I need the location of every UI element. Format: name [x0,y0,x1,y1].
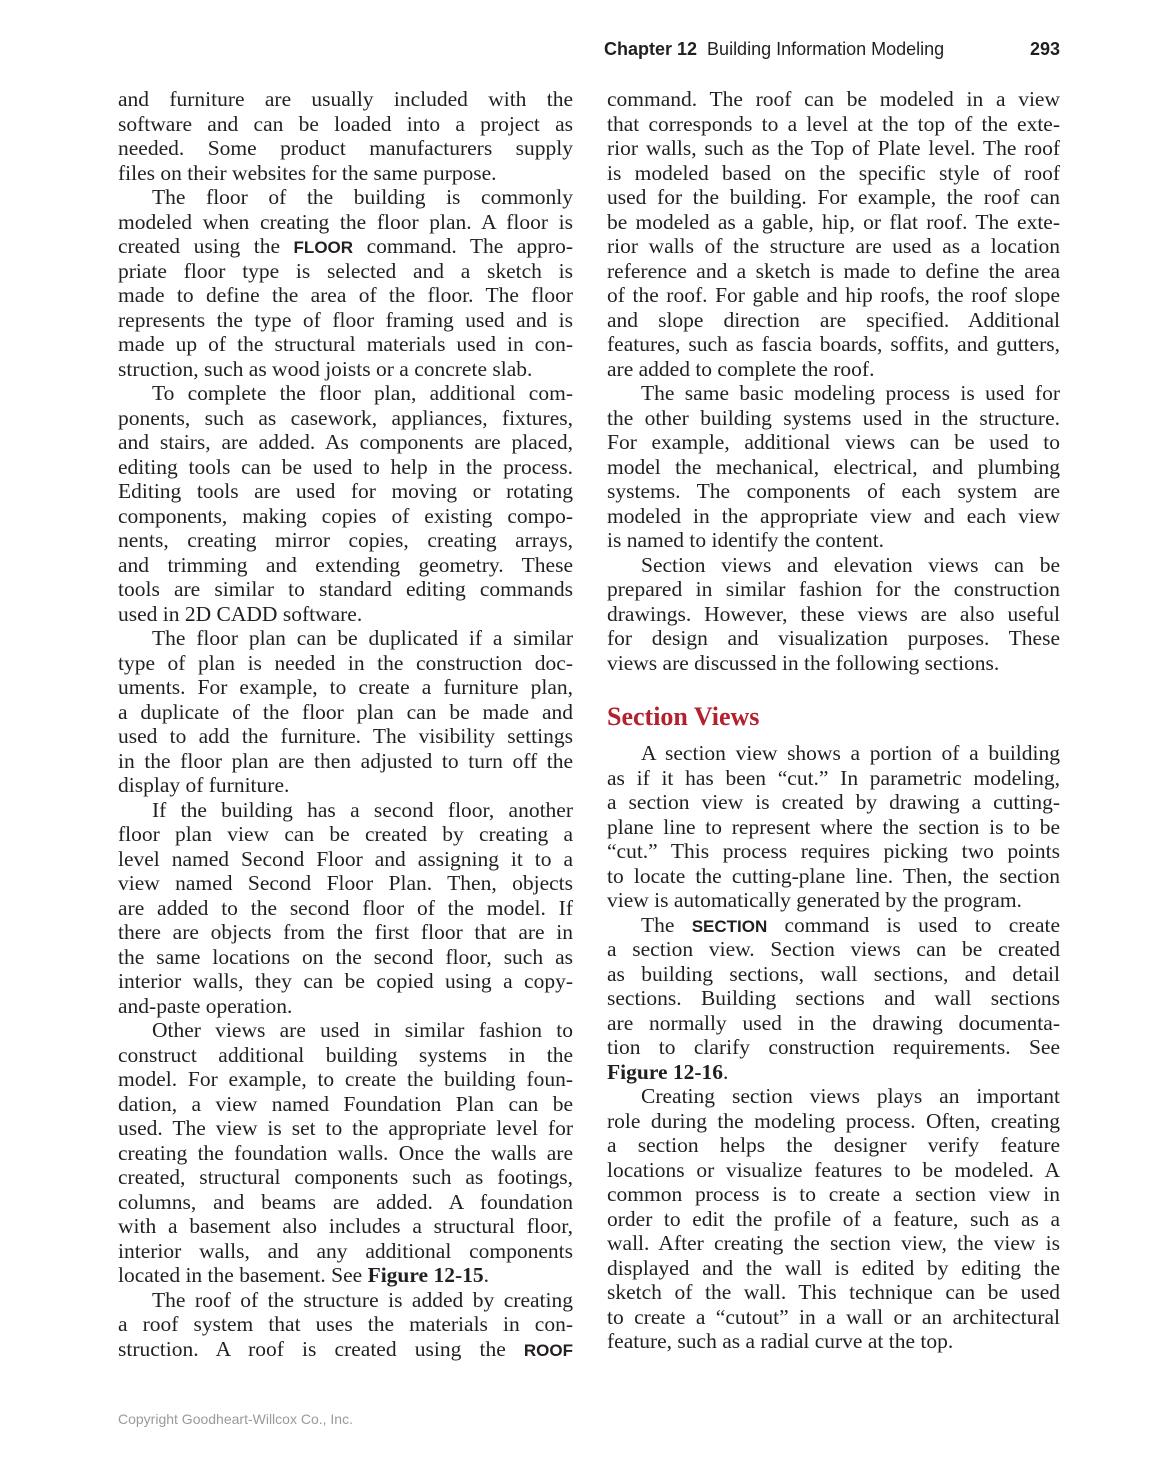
command-name-floor: FLOOR [294,238,354,257]
text-line: role during the modeling process. Often,… [607,1109,1060,1134]
text-line: to create a “cutout” in a wall or an arc… [607,1305,1060,1330]
text-line: tion to clarify construction requirement… [607,1035,1060,1060]
text-line: reference and a sketch is made to define… [607,259,1060,284]
text-line: that corresponds to a level at the top o… [607,112,1060,137]
text-line: created, structural components such as f… [118,1165,573,1190]
text-line: and-paste operation. [118,994,573,1019]
chapter-title: Building Information Modeling [707,39,944,59]
text-line: rior walls of the structure are used as … [607,234,1060,259]
text-line: order to edit the profile of a feature, … [607,1207,1060,1232]
text-line: The floor plan can be duplicated if a si… [118,626,573,651]
text-line: plane line to represent where the sectio… [607,815,1060,840]
text-line: priate floor type is selected and a sket… [118,259,573,284]
text-line: dation, a view named Foundation Plan can… [118,1092,573,1117]
text-line: creating the foundation walls. Once the … [118,1141,573,1166]
text-line: Creating section views plays an importan… [607,1084,1060,1109]
text-line: model. For example, to create the buildi… [118,1067,573,1092]
text-line: floor plan view can be created by creati… [118,822,573,847]
text-line: is named to identify the content. [607,528,1060,553]
text-line: Other views are used in similar fashion … [118,1018,573,1043]
text-line: and slope direction are specified. Addit… [607,308,1060,333]
text-line: The floor of the building is commonly [118,185,573,210]
text-line: the other building systems used in the s… [607,406,1060,431]
text-line: features, such as fascia boards, soffits… [607,332,1060,357]
text-line: type of plan is needed in the constructi… [118,651,573,676]
text-line: columns, and beams are added. A foundati… [118,1190,573,1215]
text-line: the same locations on the second floor, … [118,945,573,970]
text-line: located in the basement. See Figure 12-1… [118,1263,573,1288]
text-line: The roof of the structure is added by cr… [118,1288,573,1313]
text-line: The SECTION command is used to create [607,913,1060,938]
text-line: a section view. Section views can be cre… [607,937,1060,962]
text-line: construct additional building systems in… [118,1043,573,1068]
text-line: are added to the second floor of the mod… [118,896,573,921]
text-line: are added to complete the roof. [607,357,1060,382]
command-name-section: SECTION [692,917,768,936]
text-line: for design and visualization purposes. T… [607,626,1060,651]
text-line: needed. Some product manufacturers suppl… [118,136,573,161]
text-line: Section views and elevation views can be [607,553,1060,578]
figure-reference-12-16: Figure 12-16 [607,1060,723,1084]
text-line: with a basement also includes a structur… [118,1214,573,1239]
text-line: “cut.” This process requires picking two… [607,839,1060,864]
text-line: modeled when creating the floor plan. A … [118,210,573,235]
text-line: interior walls, they can be copied using… [118,969,573,994]
text-line: A section view shows a portion of a buil… [607,741,1060,766]
text-line: used to add the furniture. The visibilit… [118,724,573,749]
text-line: represents the type of floor framing use… [118,308,573,333]
text-line: of the roof. For gable and hip roofs, th… [607,283,1060,308]
text-line: as building sections, wall sections, and… [607,962,1060,987]
text-line: display of furniture. [118,773,573,798]
text-line: displayed and the wall is edited by edit… [607,1256,1060,1281]
text-line: and trimming and extending geometry. The… [118,553,573,578]
text-line: views are discussed in the following sec… [607,651,1060,676]
text-line: Editing tools are used for moving or rot… [118,479,573,504]
command-name-roof: ROOF [524,1341,573,1360]
text-line: model the mechanical, electrical, and pl… [607,455,1060,480]
text-line: files on their websites for the same pur… [118,161,573,186]
text-line: interior walls, and any additional compo… [118,1239,573,1264]
text-line: is modeled based on the specific style o… [607,161,1060,186]
text-line: to locate the cutting-plane line. Then, … [607,864,1060,889]
text-line: there are objects from the first floor t… [118,920,573,945]
text-line: struction. A roof is created using the R… [118,1337,573,1362]
text-line: made to define the area of the floor. Th… [118,283,573,308]
copyright-footer: Copyright Goodheart-Willcox Co., Inc. [118,1411,353,1427]
figure-reference-12-15: Figure 12-15 [368,1263,484,1287]
text-line: feature, such as a radial curve at the t… [607,1329,1060,1354]
text-line: and furniture are usually included with … [118,87,573,112]
text-line: view is automatically generated by the p… [607,888,1060,913]
text-line: nents, creating mirror copies, creating … [118,528,573,553]
left-column: and furniture are usually included with … [118,87,573,1361]
text-line: struction, such as wood joists or a conc… [118,357,573,382]
text-line: To complete the floor plan, additional c… [118,381,573,406]
text-line: level named Second Floor and assigning i… [118,847,573,872]
chapter-number: Chapter 12 [604,39,697,59]
text-line: software and can be loaded into a projec… [118,112,573,137]
text-line: uments. For example, to create a furnitu… [118,675,573,700]
text-line: in the floor plan are then adjusted to t… [118,749,573,774]
text-line: locations or visualize features to be mo… [607,1158,1060,1183]
text-line: common process is to create a section vi… [607,1182,1060,1207]
text-line: sections. Building sections and wall sec… [607,986,1060,1011]
text-line: made up of the structural materials used… [118,332,573,357]
text-line: a roof system that uses the materials in… [118,1312,573,1337]
text-line: editing tools can be used to help in the… [118,455,573,480]
text-line: components, making copies of existing co… [118,504,573,529]
text-line: used. The view is set to the appropriate… [118,1116,573,1141]
text-line: a section helps the designer verify feat… [607,1133,1060,1158]
text-line: tools are similar to standard editing co… [118,577,573,602]
text-line: a section view is created by drawing a c… [607,790,1060,815]
text-line: The same basic modeling process is used … [607,381,1060,406]
text-line: modeled in the appropriate view and each… [607,504,1060,529]
text-line: used for the building. For example, the … [607,185,1060,210]
section-heading: Section Views [607,697,1060,737]
text-line: drawings. However, these views are also … [607,602,1060,627]
text-line: are normally used in the drawing documen… [607,1011,1060,1036]
text-line: be modeled as a gable, hip, or flat roof… [607,210,1060,235]
right-column: command. The roof can be modeled in a vi… [607,87,1060,1354]
text-line: For example, additional views can be use… [607,430,1060,455]
text-line: If the building has a second floor, anot… [118,798,573,823]
text-line: created using the FLOOR command. The app… [118,234,573,259]
text-line: and stairs, are added. As components are… [118,430,573,455]
page-number: 293 [1030,36,1060,62]
text-line: view named Second Floor Plan. Then, obje… [118,871,573,896]
text-line: rior walls, such as the Top of Plate lev… [607,136,1060,161]
text-line: a duplicate of the floor plan can be mad… [118,700,573,725]
text-line: sketch of the wall. This technique can b… [607,1280,1060,1305]
text-line: ponents, such as casework, appliances, f… [118,406,573,431]
running-header: Chapter 12Building Information Modeling … [604,36,1060,62]
text-line: used in 2D CADD software. [118,602,573,627]
text-line: as if it has been “cut.” In parametric m… [607,766,1060,791]
text-line: Figure 12-16. [607,1060,1060,1085]
text-line: command. The roof can be modeled in a vi… [607,87,1060,112]
text-line: systems. The components of each system a… [607,479,1060,504]
text-line: wall. After creating the section view, t… [607,1231,1060,1256]
text-line: prepared in similar fashion for the cons… [607,577,1060,602]
